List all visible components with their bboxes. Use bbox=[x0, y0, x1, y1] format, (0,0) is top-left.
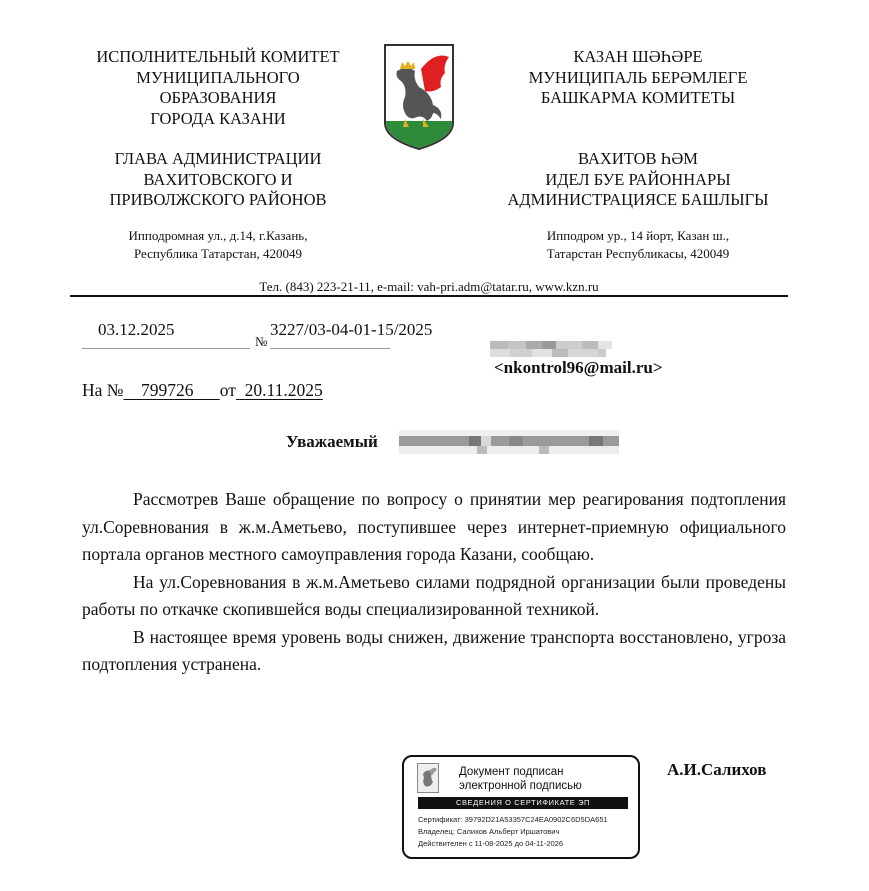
number-underline bbox=[270, 348, 390, 349]
org-line: ОБРАЗОВАНИЯ bbox=[70, 88, 366, 109]
org-line: КАЗАН ШӘҺӘРЕ bbox=[490, 47, 786, 68]
contacts-line: Тел. (843) 223-21-11, e-mail: vah-pri.ad… bbox=[70, 279, 788, 295]
org-line: МУНИЦИПАЛЬ БЕРӘМЛЕГЕ bbox=[490, 68, 786, 89]
kazan-coat-of-arms-icon bbox=[383, 43, 455, 151]
head-line: ВАХИТОВСКОГО И bbox=[70, 170, 366, 191]
head-line: ИДЕЛ БУЕ РАЙОННАРЫ bbox=[490, 170, 786, 191]
signature-title-line: Документ подписан bbox=[459, 765, 582, 779]
org-line: ГОРОДА КАЗАНИ bbox=[70, 109, 366, 130]
org-line: МУНИЦИПАЛЬНОГО bbox=[70, 68, 366, 89]
letter-body: Рассмотрев Ваше обращение по вопросу о п… bbox=[82, 486, 786, 679]
recipient-name-redacted bbox=[490, 341, 620, 357]
reply-reference: На № 799726 от 20.11.2025 bbox=[82, 380, 323, 401]
outgoing-number: 3227/03-04-01-15/2025 bbox=[270, 320, 432, 340]
salutation: Уважаемый bbox=[286, 432, 378, 452]
body-paragraph: На ул.Соревнования в ж.м.Аметьево силами… bbox=[82, 569, 786, 624]
organization-name-ru: ИСПОЛНИТЕЛЬНЫЙ КОМИТЕТ МУНИЦИПАЛЬНОГО ОБ… bbox=[70, 47, 366, 129]
org-line: ИСПОЛНИТЕЛЬНЫЙ КОМИТЕТ bbox=[70, 47, 366, 68]
head-title-tt: ВАХИТОВ ҺӘМ ИДЕЛ БУЕ РАЙОННАРЫ АДМИНИСТР… bbox=[490, 149, 786, 211]
head-line: АДМИНИСТРАЦИЯСЕ БАШЛЫГЫ bbox=[490, 190, 786, 211]
reply-from-date: 20.11.2025 bbox=[236, 380, 323, 400]
certificate-info-bar: СВЕДЕНИЯ О СЕРТИФИКАТЕ ЭП bbox=[418, 797, 628, 809]
number-sign: № bbox=[255, 334, 267, 350]
body-paragraph: В настоящее время уровень воды снижен, д… bbox=[82, 624, 786, 679]
salutation-name-redacted bbox=[399, 430, 619, 454]
address-line: Республика Татарстан, 420049 bbox=[70, 245, 366, 263]
reply-to-number: 799726 bbox=[123, 380, 219, 400]
head-line: ПРИВОЛЖСКОГО РАЙОНОВ bbox=[70, 190, 366, 211]
address-line: Татарстан Республикасы, 420049 bbox=[490, 245, 786, 263]
organization-name-tt: КАЗАН ШӘҺӘРЕ МУНИЦИПАЛЬ БЕРӘМЛЕГЕ БАШКАР… bbox=[490, 47, 786, 109]
emblem-icon bbox=[417, 763, 439, 793]
head-line: ГЛАВА АДМИНИСТРАЦИИ bbox=[70, 149, 366, 170]
address-line: Ипподромная ул., д.14, г.Казань, bbox=[70, 227, 366, 245]
certificate-validity: Действителен с 11-08-2025 до 04-11-2026 bbox=[418, 839, 563, 848]
header-divider bbox=[70, 295, 788, 297]
address-ru: Ипподромная ул., д.14, г.Казань, Республ… bbox=[70, 227, 366, 263]
signer-name: А.И.Салихов bbox=[667, 760, 766, 780]
signature-title: Документ подписан электронной подписью bbox=[459, 765, 582, 793]
recipient-email: <nkontrol96@mail.ru> bbox=[494, 358, 663, 378]
address-tt: Ипподром ур., 14 йорт, Казан ш., Татарст… bbox=[490, 227, 786, 263]
address-line: Ипподром ур., 14 йорт, Казан ш., bbox=[490, 227, 786, 245]
body-paragraph: Рассмотрев Ваше обращение по вопросу о п… bbox=[82, 486, 786, 569]
org-line: БАШКАРМА КОМИТЕТЫ bbox=[490, 88, 786, 109]
date-underline bbox=[82, 348, 250, 349]
head-line: ВАХИТОВ ҺӘМ bbox=[490, 149, 786, 170]
head-title-ru: ГЛАВА АДМИНИСТРАЦИИ ВАХИТОВСКОГО И ПРИВО… bbox=[70, 149, 366, 211]
reply-from-label: от bbox=[220, 380, 236, 400]
signature-title-line: электронной подписью bbox=[459, 779, 582, 793]
electronic-signature-stamp: Документ подписан электронной подписью С… bbox=[402, 755, 640, 859]
certificate-owner: Владелец: Салихов Альберт Иршатович bbox=[418, 827, 559, 836]
certificate-serial: Сертификат: 39792D21A53357C24EA0902C6D5D… bbox=[418, 815, 608, 824]
reply-to-label: На № bbox=[82, 380, 123, 400]
outgoing-date: 03.12.2025 bbox=[98, 320, 175, 340]
